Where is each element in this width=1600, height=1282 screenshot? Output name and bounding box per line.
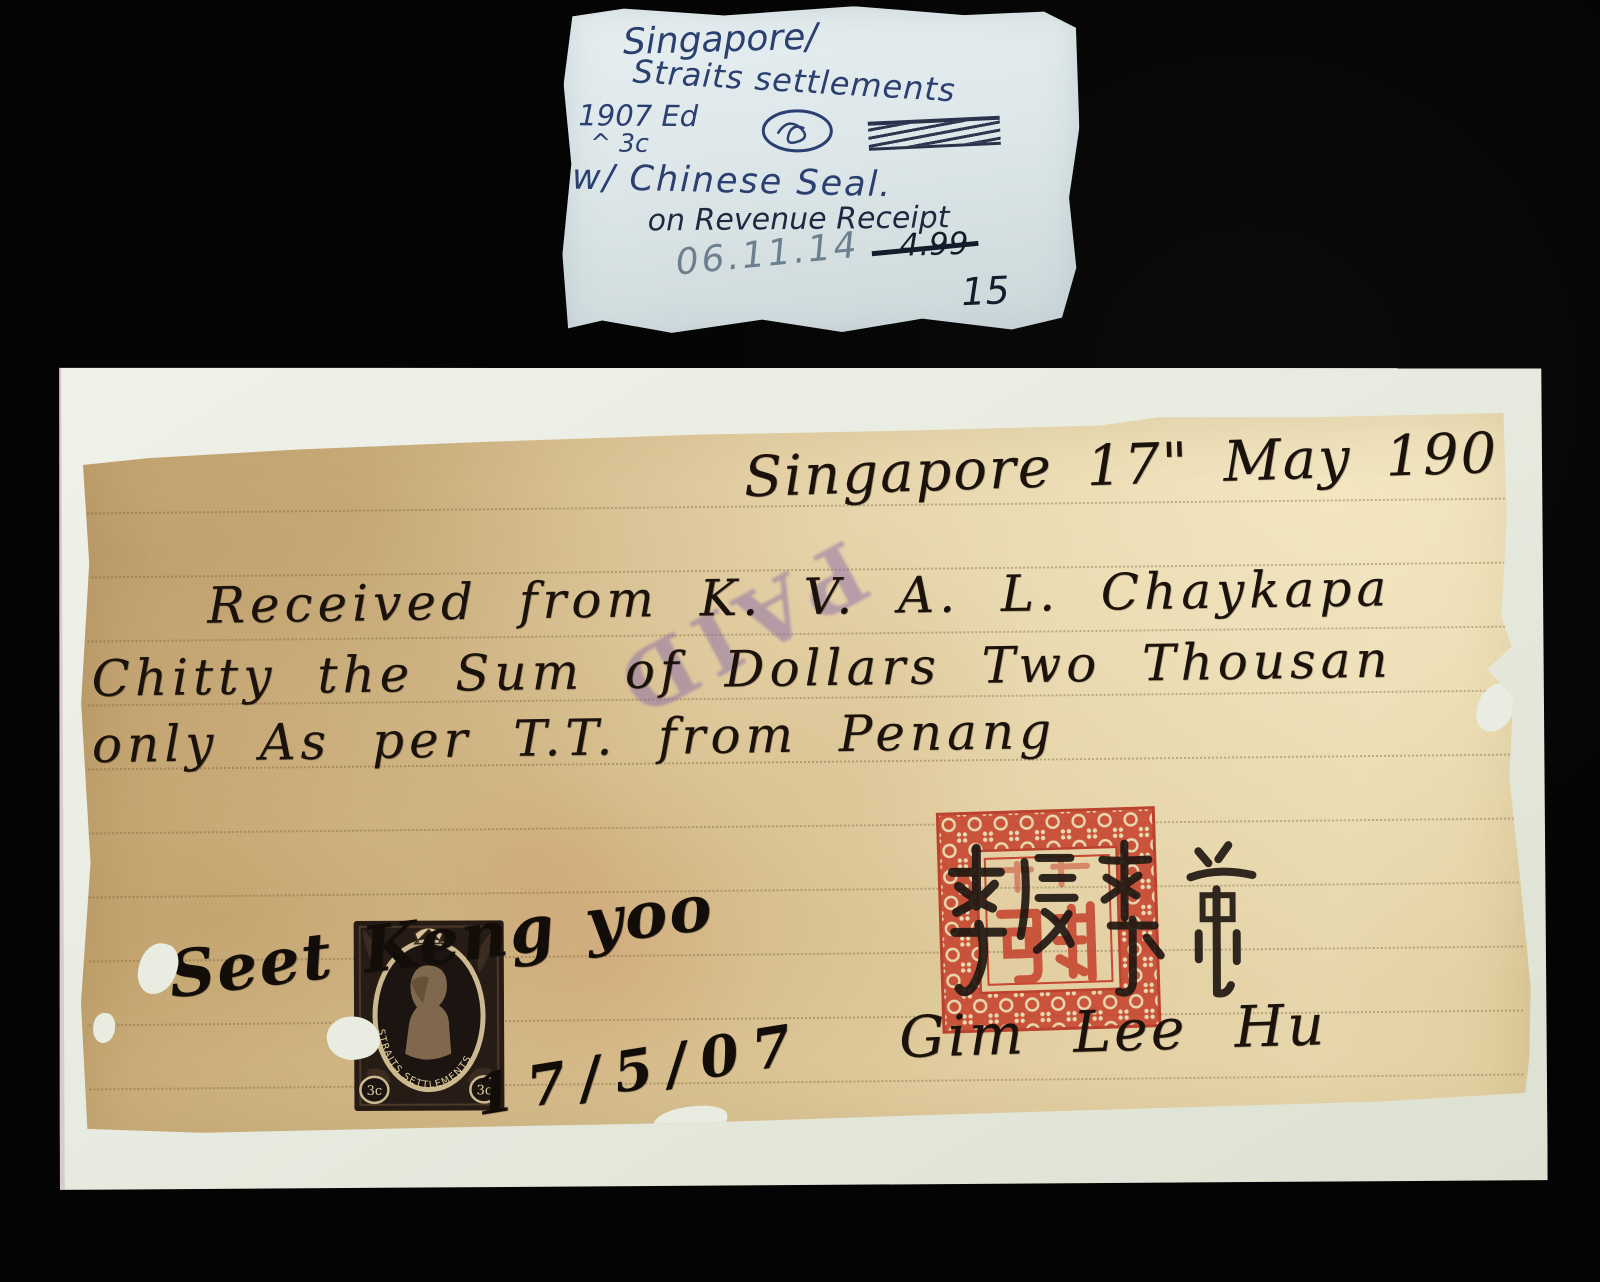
- payee-signature: Gim Lee Hu: [898, 992, 1328, 1071]
- scratched-out-word: [868, 116, 1001, 151]
- ruled-line: [89, 881, 1523, 898]
- photo-mat: PAID Singapore 17" May 1907 Received fro…: [56, 355, 1548, 1193]
- note-line-seal: w/ Chinese Seal.: [572, 157, 893, 205]
- photo-stage: Singapore/ Straits settlements 1907 Ed ^…: [0, 0, 1600, 1282]
- note-line-denomination: ^ 3c: [590, 128, 649, 157]
- note-old-price: 4.99: [899, 226, 969, 264]
- note-price: 15: [960, 268, 1010, 314]
- dealer-note-card: Singapore/ Straits settlements 1907 Ed ^…: [562, 4, 1080, 346]
- signature-date: 17/5/07: [470, 1010, 810, 1129]
- receipt-dateline: Singapore 17" May 1907: [743, 420, 1537, 511]
- stamp-value-left: 3c: [367, 1084, 383, 1099]
- ruled-line: [88, 817, 1522, 834]
- receipt-body-line-2: Chitty the Sum of Dollars Two Thousan: [91, 631, 1393, 708]
- receipt-body-line-1: Received from K. V. A. L. Chaykapa: [207, 559, 1392, 635]
- circled-doodle: [758, 106, 836, 161]
- paper-tear: [1470, 678, 1521, 737]
- paper-hole: [653, 1104, 729, 1137]
- receipt-paper: PAID Singapore 17" May 1907 Received fro…: [78, 405, 1535, 1139]
- receipt-body-line-3: only As per T.T. from Penang: [91, 702, 1056, 774]
- paper-hole: [93, 1013, 115, 1043]
